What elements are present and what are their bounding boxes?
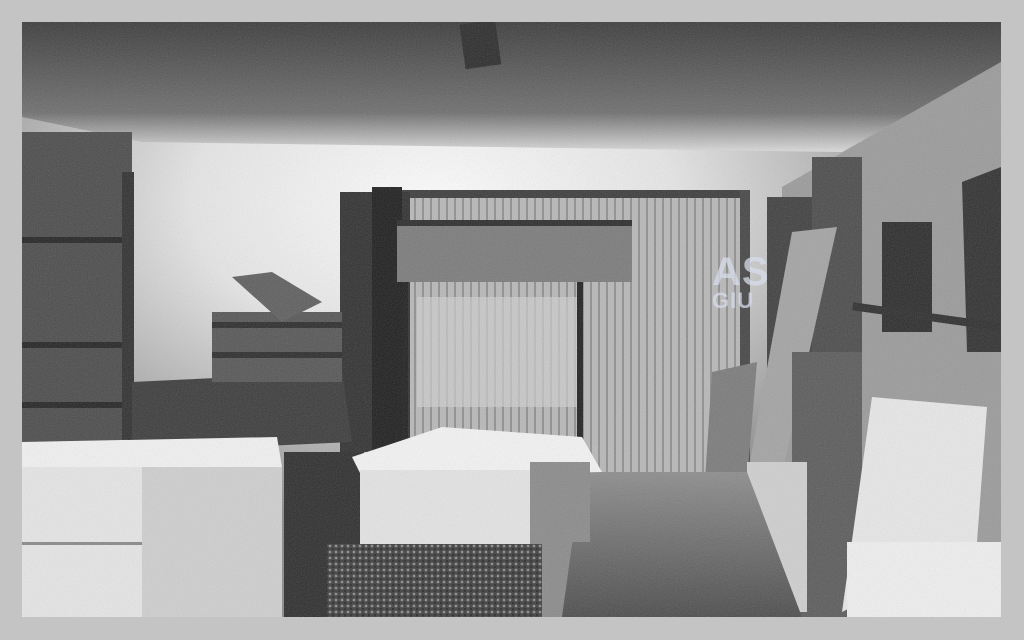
watermark: AS GIU bbox=[712, 252, 770, 312]
storage-room-photo: AS GIU bbox=[22, 22, 1001, 617]
watermark-line-1: AS bbox=[712, 252, 770, 292]
photo-scene bbox=[22, 22, 1001, 617]
